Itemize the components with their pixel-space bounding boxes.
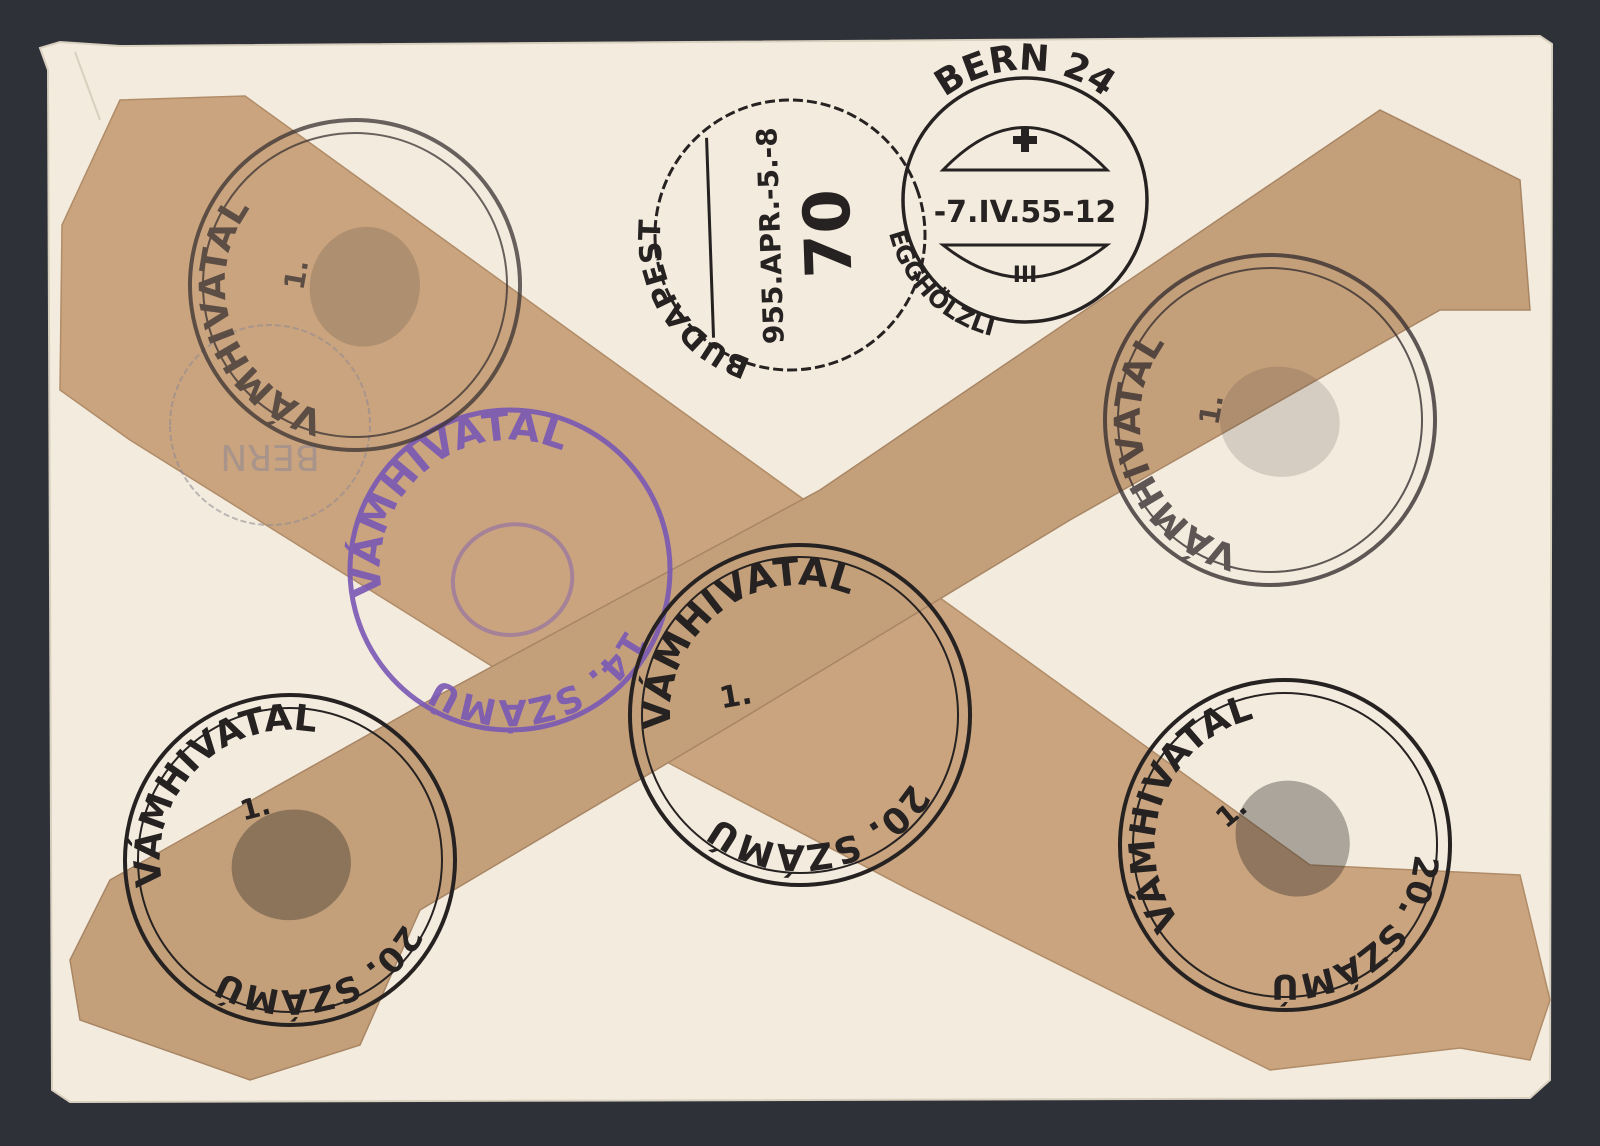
svg-text:1.: 1. [278,257,316,292]
svg-text:-7.IV.55-12: -7.IV.55-12 [934,195,1117,230]
envelope-scene: BERN BUDAPEST 955.APR.-5.-8 70 BERN 24 -… [0,0,1600,1146]
svg-text:70: 70 [790,188,867,280]
svg-text:III: III [1013,263,1038,288]
svg-text:1.: 1. [717,676,755,716]
